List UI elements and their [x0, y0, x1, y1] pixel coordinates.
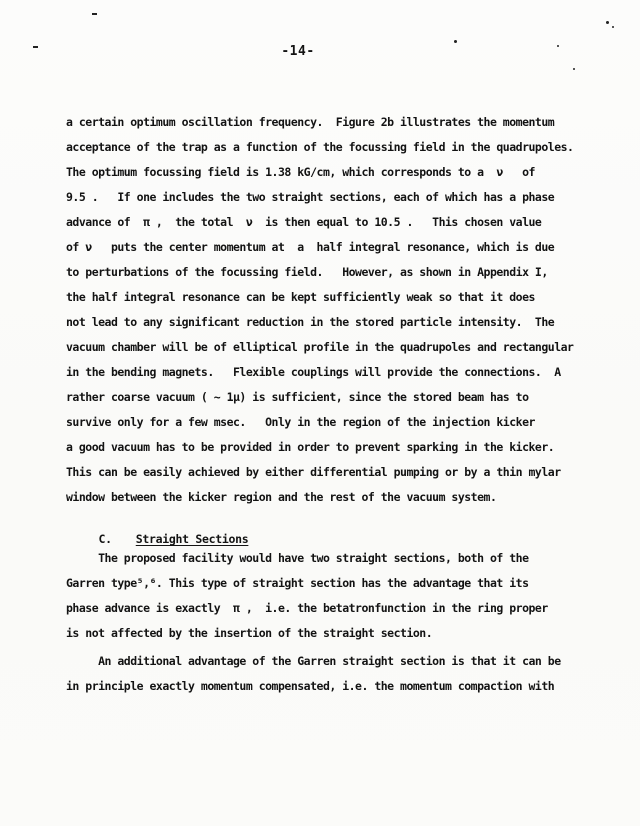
text-line: in the bending magnets. Flexible couplin… — [66, 360, 591, 385]
text-line: a certain optimum oscillation frequency.… — [66, 110, 591, 135]
text-line: phase advance is exactly π , i.e. the be… — [66, 596, 591, 621]
text-line: 9.5 . If one includes the two straight s… — [66, 185, 591, 210]
text-line: of ν puts the center momentum at a half … — [66, 235, 591, 260]
text-line: The proposed facility would have two str… — [66, 546, 591, 571]
text-line: rather coarse vacuum ( ~ 1μ) is sufficie… — [66, 385, 591, 410]
scan-speck — [92, 13, 97, 15]
text-line: Garren type⁵,⁶. This type of straight se… — [66, 571, 591, 596]
paragraph-proposed-facility: The proposed facility would have two str… — [66, 546, 591, 646]
page-number: -14- — [0, 44, 618, 59]
text-line: in principle exactly momentum compensate… — [66, 674, 591, 699]
text-line: the half integral resonance can be kept … — [66, 285, 591, 310]
text-line: is not affected by the insertion of the … — [66, 621, 591, 646]
text-line: a good vacuum has to be provided in orde… — [66, 435, 591, 460]
section-title: Straight Sections — [136, 532, 249, 546]
text-line: acceptance of the trap as a function of … — [66, 135, 591, 160]
scan-speck — [612, 26, 614, 28]
section-letter: C. — [99, 532, 112, 546]
text-line: The optimum focussing field is 1.38 kG/c… — [66, 160, 591, 185]
text-line: window between the kicker region and the… — [66, 485, 591, 510]
text-line: An additional advantage of the Garren st… — [66, 649, 591, 674]
scan-speck — [606, 21, 609, 24]
text-line: to perturbations of the focussing field.… — [66, 260, 591, 285]
text-line: advance of π , the total ν is then equal… — [66, 210, 591, 235]
paragraph-additional-advantage: An additional advantage of the Garren st… — [66, 649, 591, 699]
scan-speck — [573, 68, 575, 70]
text-line: not lead to any significant reduction in… — [66, 310, 591, 335]
text-line: This can be easily achieved by either di… — [66, 460, 591, 485]
text-line: survive only for a few msec. Only in the… — [66, 410, 591, 435]
text-line: vacuum chamber will be of elliptical pro… — [66, 335, 591, 360]
scanned-document-page: -14- a certain optimum oscillation frequ… — [0, 0, 640, 826]
paragraph-momentum-acceptance: a certain optimum oscillation frequency.… — [66, 110, 591, 510]
scan-speck — [454, 40, 457, 43]
